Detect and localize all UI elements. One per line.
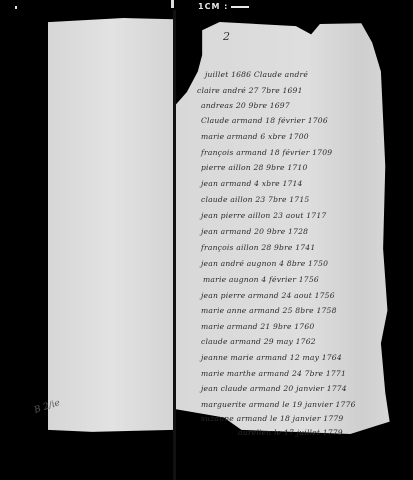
register-entry: françois armand 18 février 1709 — [201, 148, 332, 157]
left-page — [48, 18, 174, 434]
register-entry: jean armand 4 xbre 1714 — [201, 179, 303, 188]
registration-mark — [15, 6, 17, 9]
register-entry: claire andré 27 7bre 1691 — [197, 86, 303, 95]
register-entry: jean andré augnon 4 8bre 1750 — [201, 259, 328, 268]
register-entry: marie augnon 4 février 1756 — [203, 275, 319, 284]
scale-bar-line — [231, 6, 249, 8]
register-entry: suzanne armand le 18 janvier 1779 — [201, 414, 343, 423]
register-entry: jean pierre aillon 23 aout 1717 — [201, 211, 326, 220]
scale-label: 1CM : — [198, 2, 228, 11]
register-entry: jean pierre armand 24 aout 1756 — [201, 291, 335, 300]
page-number: 2 — [223, 30, 230, 43]
registration-tick — [171, 0, 174, 8]
register-entry: jean armand 20 9bre 1728 — [201, 227, 308, 236]
scale-bar: 1CM : — [198, 2, 249, 11]
register-entry: Claude armand 18 février 1706 — [201, 116, 328, 125]
register-entry: juillet 1686 Claude andré — [205, 70, 308, 79]
register-entry: claude armand 29 may 1762 — [201, 337, 316, 346]
register-entry: jean claude armand 20 janvier 1774 — [201, 384, 347, 393]
register-entry: marie marthe armand 24 7bre 1771 — [201, 369, 346, 378]
register-entry: pierre aillon 28 9bre 1710 — [201, 163, 307, 172]
register-entry: marie armand 6 xbre 1700 — [201, 132, 309, 141]
register-entry: françois aillon 28 9bre 1741 — [201, 243, 315, 252]
register-entry: marie anne armand 25 8bre 1758 — [201, 306, 337, 315]
page-spine — [173, 10, 176, 480]
register-entry: andreas 20 9bre 1697 — [201, 101, 290, 110]
register-entry: marie armand 21 9bre 1760 — [201, 322, 314, 331]
register-entry: marguerite armand le 19 janvier 1776 — [201, 400, 356, 409]
register-entry: claude aillon 23 7bre 1715 — [201, 195, 309, 204]
register-entry: jeanne marie armand 12 may 1764 — [201, 353, 342, 362]
register-entry: aurelien le 17 juillet 1779 — [238, 428, 343, 437]
